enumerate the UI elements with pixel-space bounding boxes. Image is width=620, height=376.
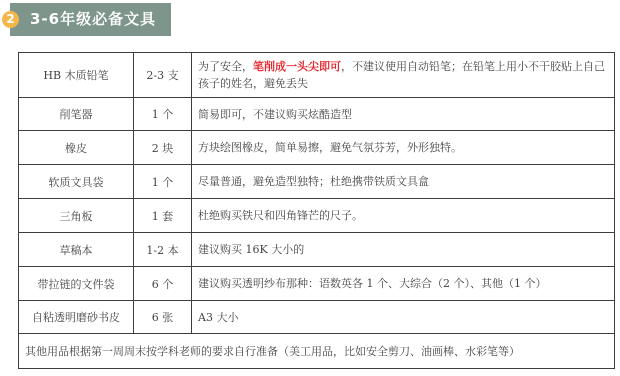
item-quantity: 1-2 本 [134, 233, 192, 267]
item-note: 方块绘图橡皮，简单易擦，避免气氛芬芳，外形独特。 [192, 131, 615, 165]
item-name: 软质文具袋 [19, 165, 134, 199]
supplies-table: HB 木质铅笔 2-3 支 为了安全，笔削成一头尖即可，不建议使用自动铅笔；在铅… [18, 52, 615, 369]
section-title: 3-6年级必备文具 [30, 3, 156, 36]
table-row: 自粘透明磨砂书皮 6 张 A3 大小 [19, 301, 615, 334]
item-note: 简易即可，不建议购买炫酷造型 [192, 98, 615, 131]
item-quantity: 2-3 支 [134, 53, 192, 98]
item-note: 建议购买透明纱布那种：语数英各 1 个、大综合（2 个）、其他（1 个） [192, 267, 615, 301]
table-row: HB 木质铅笔 2-3 支 为了安全，笔削成一头尖即可，不建议使用自动铅笔；在铅… [19, 53, 615, 98]
item-name: 带拉链的文件袋 [19, 267, 134, 301]
table-row: 带拉链的文件袋 6 个 建议购买透明纱布那种：语数英各 1 个、大综合（2 个）… [19, 267, 615, 301]
item-quantity: 1 个 [134, 165, 192, 199]
table-footer-row: 其他用品根据第一周周末按学科老师的要求自行准备（美工用品，比如安全剪刀、油画棒、… [19, 334, 615, 369]
item-name: 三角板 [19, 199, 134, 233]
item-name: HB 木质铅笔 [19, 53, 134, 98]
note-text: 为了安全， [198, 60, 253, 73]
table-row: 橡皮 2 块 方块绘图橡皮，简单易擦，避免气氛芬芳，外形独特。 [19, 131, 615, 165]
item-name: 橡皮 [19, 131, 134, 165]
item-name: 自粘透明磨砂书皮 [19, 301, 134, 334]
item-note: 为了安全，笔削成一头尖即可，不建议使用自动铅笔；在铅笔上用小不干胶贴上自己孩子的… [192, 53, 615, 98]
item-name: 削笔器 [19, 98, 134, 131]
item-quantity: 2 块 [134, 131, 192, 165]
item-quantity: 1 套 [134, 199, 192, 233]
table-row: 削笔器 1 个 简易即可，不建议购买炫酷造型 [19, 98, 615, 131]
table-row: 三角板 1 套 杜绝购买铁尺和四角锋芒的尺子。 [19, 199, 615, 233]
table-row: 草稿本 1-2 本 建议购买 16K 大小的 [19, 233, 615, 267]
footer-note: 其他用品根据第一周周末按学科老师的要求自行准备（美工用品，比如安全剪刀、油画棒、… [19, 334, 615, 369]
item-note: A3 大小 [192, 301, 615, 334]
item-quantity: 6 张 [134, 301, 192, 334]
item-note: 建议购买 16K 大小的 [192, 233, 615, 267]
item-name: 草稿本 [19, 233, 134, 267]
item-quantity: 6 个 [134, 267, 192, 301]
table-row: 软质文具袋 1 个 尽量普通，避免造型独特；杜绝携带铁质文具盒 [19, 165, 615, 199]
note-highlight: 笔削成一头尖即可 [253, 60, 341, 73]
item-quantity: 1 个 [134, 98, 192, 131]
item-note: 尽量普通，避免造型独特；杜绝携带铁质文具盒 [192, 165, 615, 199]
section-number-badge: 2 [2, 11, 19, 28]
item-note: 杜绝购买铁尺和四角锋芒的尺子。 [192, 199, 615, 233]
